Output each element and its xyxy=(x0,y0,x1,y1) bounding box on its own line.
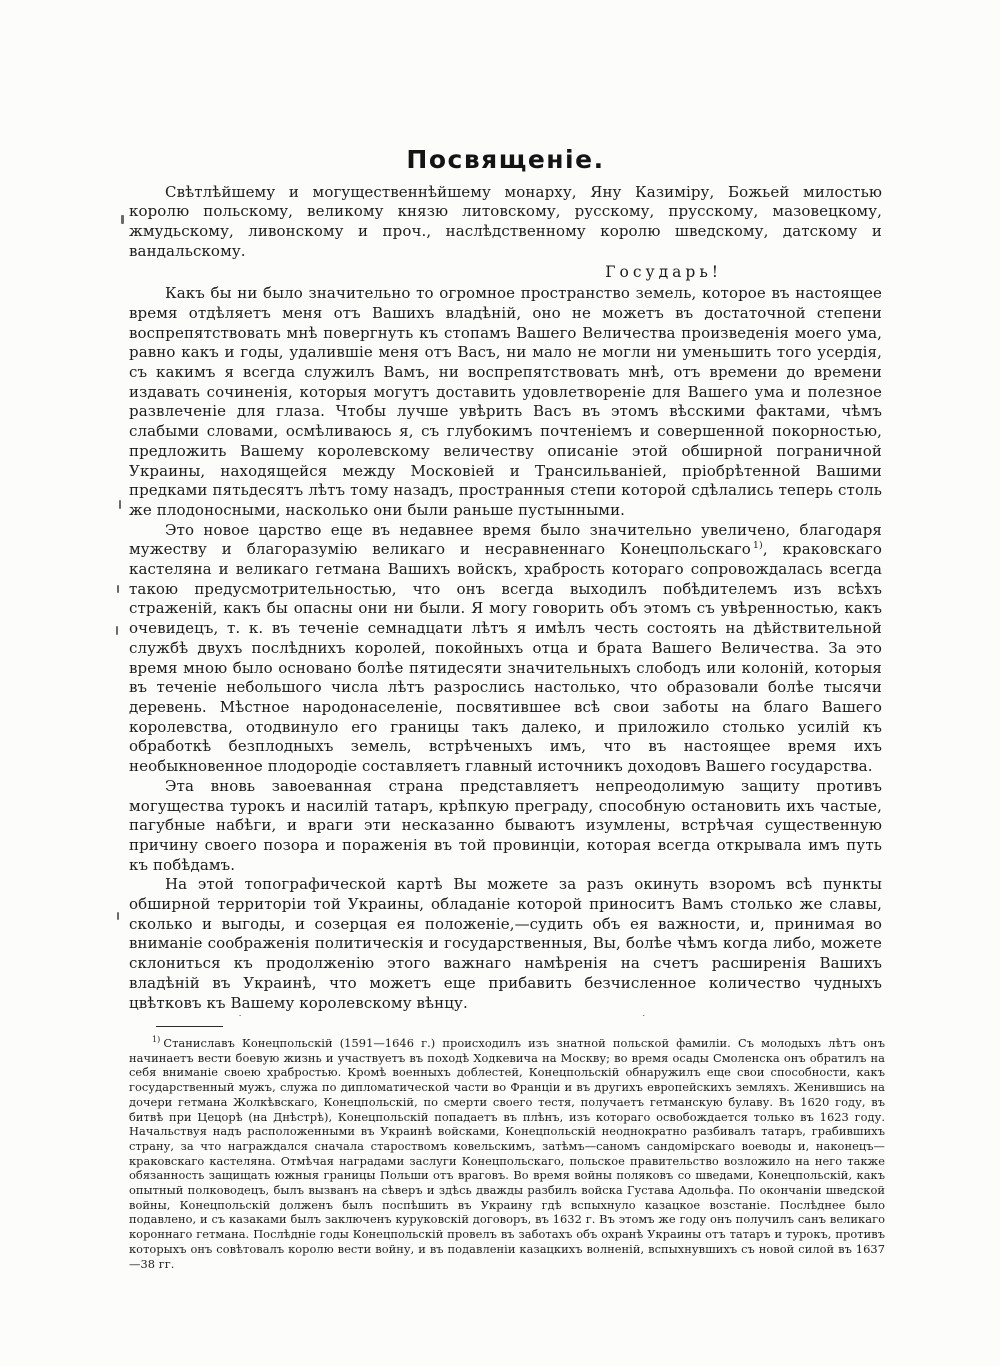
scan-speck xyxy=(121,215,124,224)
footnote-body: Станиславъ Конецпольскій (1591—1646 г.) … xyxy=(129,1036,885,1271)
scan-speck xyxy=(116,626,118,635)
dedication-address: Свѣтлѣйшему и могущественнѣйшему монарху… xyxy=(129,183,882,262)
paragraph-1: Какъ бы ни было значительно то огромное … xyxy=(129,284,882,520)
footnote-block: 1)Станиславъ Конецпольскій (1591—1646 г.… xyxy=(129,1016,885,1271)
footnote-reference-mark: 1) xyxy=(753,540,763,551)
footnote-text: 1)Станиславъ Конецпольскій (1591—1646 г.… xyxy=(129,1036,885,1271)
page-title: Посвященіе. xyxy=(129,150,882,170)
salutation-line: Государь! xyxy=(129,263,882,283)
paragraph-2: Это новое царство еще въ недавнее время … xyxy=(129,521,882,777)
scan-speck xyxy=(117,912,119,920)
scan-speck xyxy=(119,500,121,509)
paragraph-3: Эта вновь завоеванная страна представляе… xyxy=(129,777,882,876)
paragraph-4: На этой топографической картѣ Вы можете … xyxy=(129,875,882,1013)
scanned-book-page: Посвященіе. Свѣтлѣйшему и могущественнѣй… xyxy=(0,0,1000,1366)
paragraph-2-text-after-ref: , краковскаго кастеляна и великаго гетма… xyxy=(129,540,882,775)
dedication-text-block: Посвященіе. Свѣтлѣйшему и могущественнѣй… xyxy=(129,150,882,1151)
footnote-separator-rule xyxy=(156,1026,223,1027)
scan-speck xyxy=(117,585,119,593)
footnote-marker: 1) xyxy=(152,1035,160,1044)
